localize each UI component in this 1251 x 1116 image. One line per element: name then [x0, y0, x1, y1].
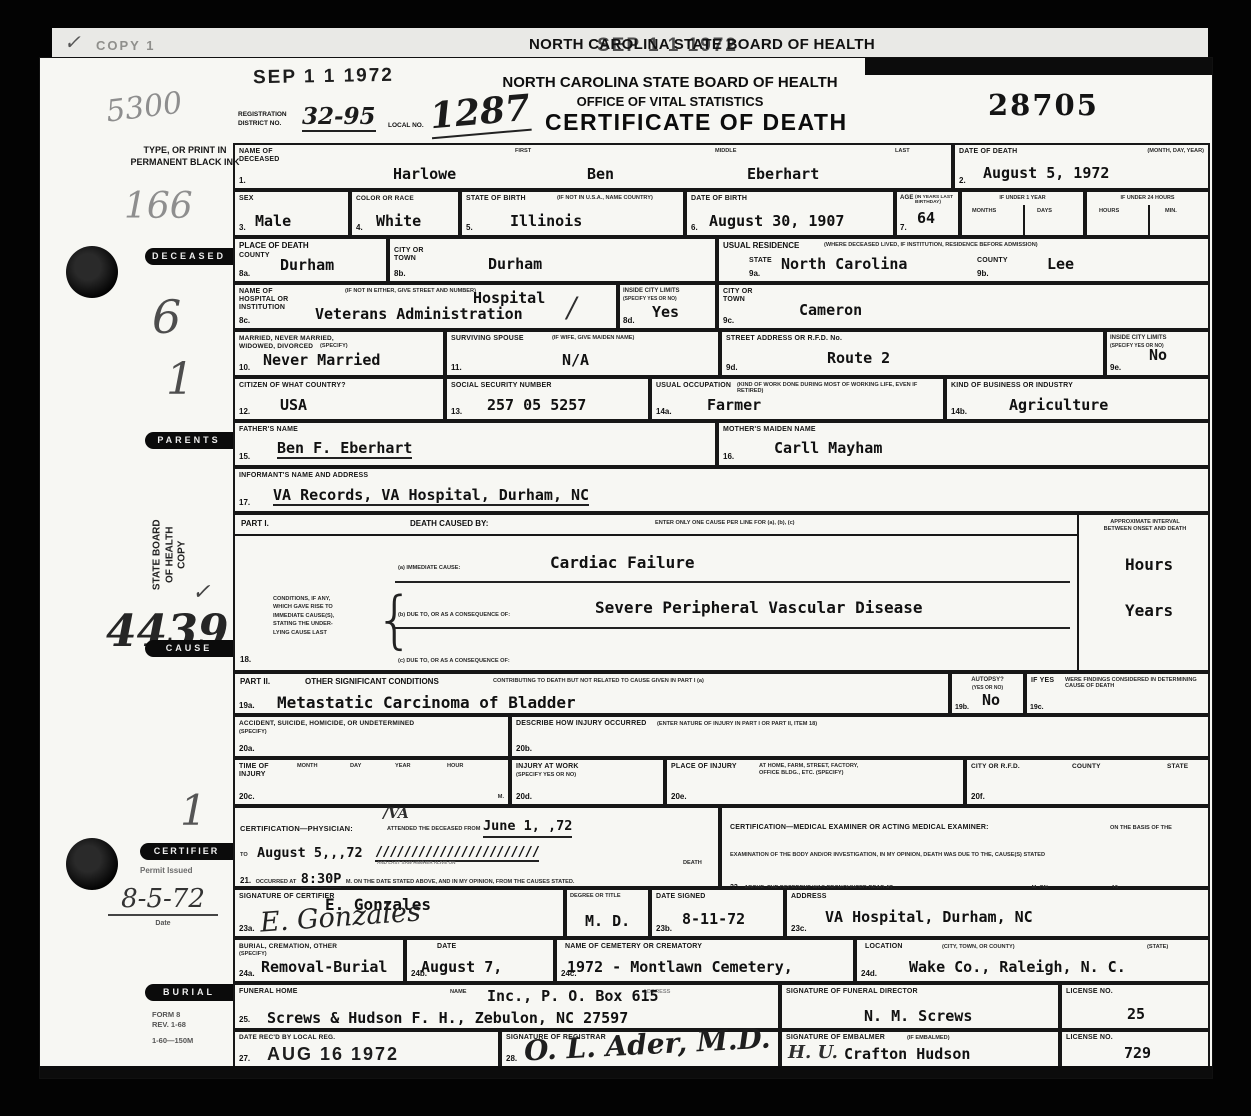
- field-funeral-director-license: LICENSE NO. 25: [1060, 983, 1210, 1030]
- field-inside-city-limits-8d: INSIDE CITY LIMITS (SPECIFY YES OR NO) 8…: [618, 283, 717, 330]
- field-burial-date: DATE 24b. August 7,: [405, 938, 555, 983]
- pencil-checkmark: ✓: [192, 580, 210, 605]
- field-marital-status: MARRIED, NEVER MARRIED, WIDOWED, DIVORCE…: [233, 330, 445, 377]
- copy-designation-vertical: STATE BOARD OF HEALTH COPY: [151, 485, 189, 625]
- field-hospital-or-institution: NAME OF HOSPITAL OR INSTITUTION (IF NOT …: [233, 283, 618, 330]
- field-color-or-race: COLOR OR RACE 4. White: [350, 190, 460, 237]
- field-name-of-deceased: NAME OF DECEASED FIRST MIDDLE LAST 1. Ha…: [233, 143, 953, 190]
- pen-squiggle: ✓: [64, 30, 81, 54]
- field-residence-city-or-town: CITY OR TOWN 9c. Cameron: [717, 283, 1210, 330]
- certificate-number: 28705: [988, 88, 1099, 122]
- field-usual-residence: USUAL RESIDENCE (WHERE DECEASED LIVED, I…: [717, 237, 1210, 283]
- field-inside-city-limits-9e: INSIDE CITY LIMITS (SPECIFY YES OR NO) 9…: [1105, 330, 1210, 377]
- divider: [1148, 205, 1150, 235]
- field-street-address: STREET ADDRESS OR R.F.D. No. 9d. Route 2: [720, 330, 1105, 377]
- field-time-of-injury: TIME OF INJURY MONTH DAY YEAR HOUR 20c. …: [233, 758, 510, 806]
- scanned-death-certificate: ✓ COPY 1 SEP 1 1 1972 NORTH CAROLINA STA…: [0, 0, 1251, 1116]
- received-date-stamp: SEP 1 1 1972: [253, 65, 394, 89]
- occurred-line: 21. OCCURRED AT 8:30P M. ON THE DATE STA…: [240, 870, 715, 888]
- field-describe-how-injury-occurred: DESCRIBE HOW INJURY OCCURRED (ENTER NATU…: [510, 715, 1210, 758]
- pencil-number-6: 6: [152, 290, 181, 344]
- field-burial-location: LOCATION (CITY, TOWN, OR COUNTY) (STATE)…: [855, 938, 1210, 983]
- conditions-note: CONDITIONS, IF ANY, WHICH GAVE RISE TO I…: [273, 595, 385, 637]
- header-rule: [235, 534, 1077, 536]
- handwritten-va: /VA: [383, 806, 409, 822]
- field-autopsy-findings: IF YES WERE FINDINGS CONSIDERED IN DETER…: [1025, 672, 1210, 715]
- field-age: AGE (IN YEARS LAST BIRTHDAY) 7. 64: [895, 190, 960, 237]
- copy-label: COPY 1: [96, 38, 155, 53]
- permit-date-label: Date: [108, 920, 218, 927]
- brace-glyph: {: [375, 583, 414, 656]
- field-if-under-24-hours: IF UNDER 24 HOURS HOURS MIN.: [1085, 190, 1210, 237]
- field-sex: SEX 3. Male: [233, 190, 350, 237]
- overflow-slash: /: [567, 291, 576, 324]
- field-date-of-death: DATE OF DEATH (MONTH, DAY, YEAR) 2. Augu…: [953, 143, 1210, 190]
- field-funeral-director-signature: SIGNATURE OF FUNERAL DIRECTOR N. M. Scre…: [780, 983, 1060, 1030]
- field-date-received-local-registrar: DATE REC'D BY LOCAL REG. 27. AUG 16 1972: [233, 1030, 500, 1068]
- received-stamp: AUG 16 1972: [267, 1044, 399, 1065]
- certificate-title: CERTIFICATE OF DEATH: [545, 109, 848, 136]
- field-date-signed: DATE SIGNED 23b. 8-11-72: [650, 888, 785, 938]
- field-burial-cremation: BURIAL, CREMATION, OTHER (SPECIFY) 24a. …: [233, 938, 405, 983]
- field-injury-at-work: INJURY AT WORK (SPECIFY YES OR NO) 20d.: [510, 758, 665, 806]
- field-usual-occupation: USUAL OCCUPATION (KIND OF WORK DONE DURI…: [650, 377, 945, 421]
- form-number: FORM 8 REV. 1-68 1-60—150M: [152, 1010, 193, 1045]
- field-state-of-birth: STATE OF BIRTH (IF NOT IN U.S.A., NAME C…: [460, 190, 685, 237]
- local-no-label: LOCAL NO.: [388, 122, 424, 129]
- strip-board-title: NORTH CAROLINA STATE BOARD OF HEALTH: [422, 36, 982, 53]
- pencil-number-166: 166: [124, 186, 193, 227]
- field-certifier-address: ADDRESS 23c. VA Hospital, Durham, NC: [785, 888, 1210, 938]
- field-fathers-name: FATHER'S NAME 15. Ben F. Eberhart: [233, 421, 717, 467]
- permit-issued-label: Permit Issued: [140, 866, 192, 875]
- permit-date-handwritten: 8-5-72: [108, 884, 218, 916]
- pencil-number-1b: 1: [180, 786, 207, 835]
- cause-a-line: [395, 581, 1070, 583]
- field-accident-suicide-homicide: ACCIDENT, SUICIDE, HOMICIDE, OR UNDETERM…: [233, 715, 510, 758]
- field-place-of-death-city: CITY OR TOWN 8b. Durham: [388, 237, 717, 283]
- field-cemetery-name: NAME OF CEMETERY OR CREMATORY 24c. 1972 …: [555, 938, 855, 983]
- margin-tab-cause: CAUSE: [145, 640, 233, 657]
- field-date-of-birth: DATE OF BIRTH 6. August 30, 1907: [685, 190, 895, 237]
- field-mothers-maiden-name: MOTHER'S MAIDEN NAME 16. Carll Mayham: [717, 421, 1210, 467]
- margin-tab-parents: PARENTS: [145, 432, 233, 449]
- field-funeral-home: FUNERAL HOME NAME ADDRESS Inc., P. O. Bo…: [233, 983, 780, 1030]
- section-certification-medical-examiner: CERTIFICATION—MEDICAL EXAMINER OR ACTING…: [720, 806, 1210, 888]
- pencil-number-1a: 1: [166, 354, 194, 405]
- registration-district-label: REGISTRATION DISTRICT NO.: [238, 110, 287, 128]
- divider: [1023, 205, 1025, 235]
- field-registrar-signature: SIGNATURE OF REGISTRAR 28. O. L. Ader, M…: [500, 1030, 780, 1068]
- margin-tab-deceased: DECEASED: [145, 248, 233, 265]
- field-embalmer-signature: SIGNATURE OF EMBALMER (IF EMBALMED) H. U…: [780, 1030, 1060, 1068]
- field-place-of-injury: PLACE OF INJURY AT HOME, FARM, STREET, F…: [665, 758, 965, 806]
- sheet-bottom-edge: [40, 1066, 1212, 1078]
- header-black-bar: [865, 58, 1212, 75]
- registration-district-value: 32-95: [302, 103, 376, 132]
- section-part1-cause-of-death: PART I. DEATH CAUSED BY: ENTER ONLY ONE …: [233, 513, 1210, 672]
- local-no-value: 1287: [428, 87, 532, 140]
- field-embalmer-license: LICENSE NO. 729: [1060, 1030, 1210, 1068]
- field-surviving-spouse: SURVIVING SPOUSE (IF WIFE, GIVE MAIDEN N…: [445, 330, 720, 377]
- field-autopsy: AUTOPSY? (YES OR NO) 19b. No: [950, 672, 1025, 715]
- field-signature-of-certifier: SIGNATURE OF CERTIFIER E. Gonzales E. Go…: [233, 888, 565, 938]
- section-certification-physician: /VA CERTIFICATION—PHYSICIAN: ATTENDED TH…: [233, 806, 720, 888]
- cause-b-line: [395, 627, 1070, 629]
- field-informant: INFORMANT'S NAME AND ADDRESS 17. VA Reco…: [233, 467, 1210, 513]
- field-place-of-death-county: PLACE OF DEATH COUNTY 8a. Durham: [233, 237, 388, 283]
- embalmer-initials: H. U.: [788, 1042, 838, 1063]
- field-kind-of-business: KIND OF BUSINESS OR INDUSTRY 14b. Agricu…: [945, 377, 1210, 421]
- field-citizen-of-country: CITIZEN OF WHAT COUNTRY? 12. USA: [233, 377, 445, 421]
- certifier-script-signature: E. Gonzales: [259, 896, 422, 938]
- print-instruction: TYPE, OR PRINT IN PERMANENT BLACK INK: [122, 144, 248, 168]
- hole-punch-bottom: [66, 838, 118, 890]
- certificate-sheet: 5300 TYPE, OR PRINT IN PERMANENT BLACK I…: [40, 58, 1212, 1078]
- section-part2-other-conditions: PART II. OTHER SIGNIFICANT CONDITIONS CO…: [233, 672, 950, 715]
- field-injury-city-county-state: CITY OR R.F.D. COUNTY STATE 20f.: [965, 758, 1210, 806]
- hole-punch-top: [66, 246, 118, 298]
- field-social-security-number: SOCIAL SECURITY NUMBER 13. 257 05 5257: [445, 377, 650, 421]
- pencil-number-top: 5300: [104, 85, 184, 129]
- board-title: NORTH CAROLINA STATE BOARD OF HEALTH: [400, 74, 940, 91]
- field-if-under-1-year: IF UNDER 1 YEAR MONTHS DAYS: [960, 190, 1085, 237]
- margin-tab-burial: BURIAL: [145, 984, 233, 1001]
- interval-column-divider: [1077, 515, 1079, 670]
- field-degree-or-title: DEGREE OR TITLE M. D.: [565, 888, 650, 938]
- margin-tab-certifier: CERTIFIER: [140, 843, 233, 860]
